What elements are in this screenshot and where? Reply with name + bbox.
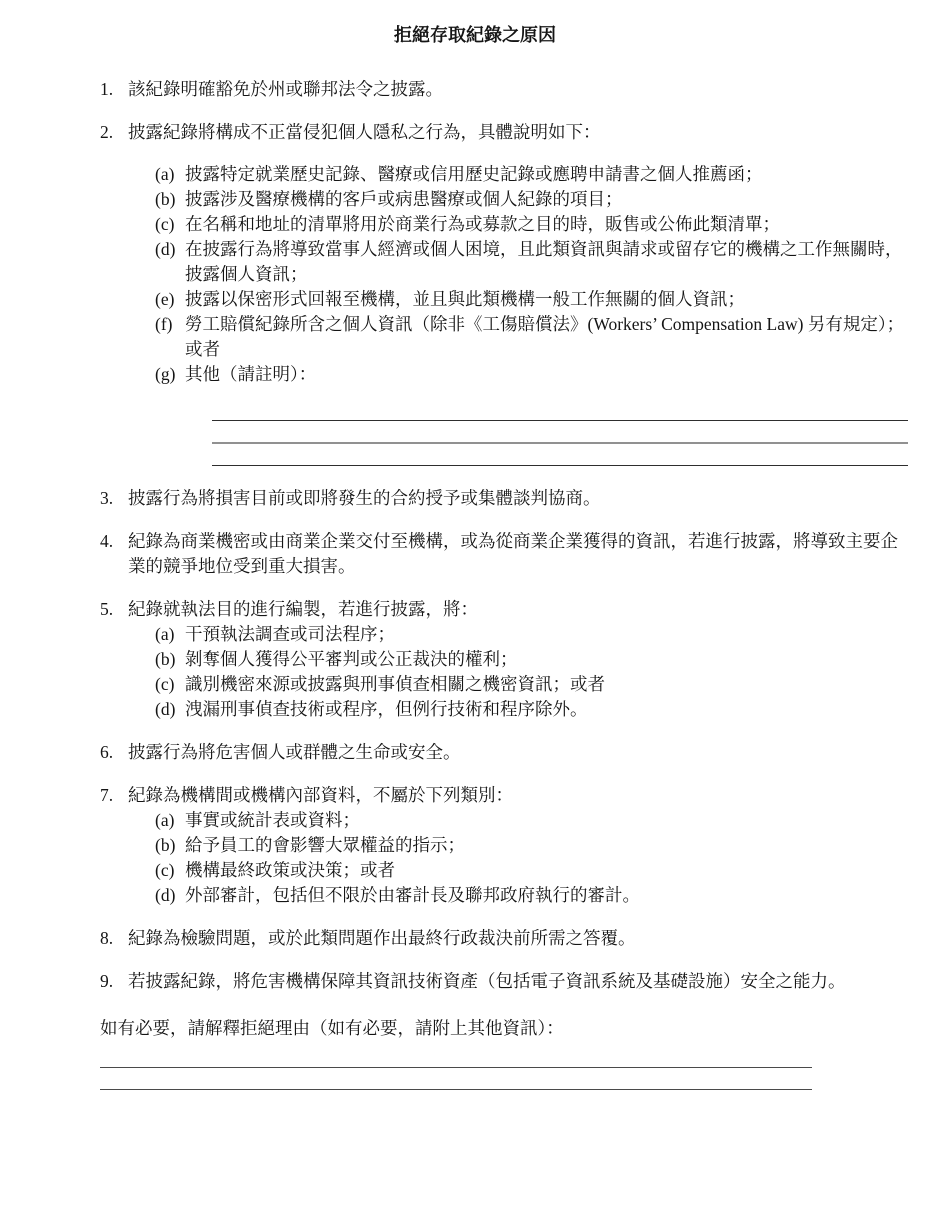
item-text: 紀錄為檢驗問題，或於此類問題作出最終行政裁決前所需之答覆。 <box>128 926 914 951</box>
item-text: 披露行為將危害個人或群體之生命或安全。 <box>128 740 914 765</box>
sub-item-label: (c) <box>155 672 185 697</box>
item-body: 紀錄為商業機密或由商業企業交付至機構，或為從商業企業獲得的資訊，若進行披露，將導… <box>128 529 914 579</box>
fill-in-line <box>100 1041 812 1068</box>
list-item: 3.披露行為將損害目前或即將發生的合約授予或集體談判協商。 <box>100 486 914 511</box>
sub-item-text: 在披露行為將導致當事人經濟或個人困境，且此類資訊與請求或留存它的機構之工作無關時… <box>185 237 914 287</box>
footer-note: 如有必要，請解釋拒絕理由（如有必要，請附上其他資訊）： <box>100 1016 914 1041</box>
item-number: 9. <box>100 969 128 994</box>
sub-item: (c)識別機密來源或披露與刑事偵查相關之機密資訊；或者 <box>155 672 914 697</box>
sub-item-label: (f) <box>155 312 185 362</box>
footer-section: 如有必要，請解釋拒絕理由（如有必要，請附上其他資訊）： <box>100 1016 914 1090</box>
sub-item-label: (e) <box>155 287 185 312</box>
item-body: 該紀錄明確豁免於州或聯邦法令之披露。 <box>128 77 914 102</box>
sub-item-text: 剝奪個人獲得公平審判或公正裁決的權利； <box>185 647 914 672</box>
sub-item: (a)披露特定就業歷史記錄、醫療或信用歷史記錄或應聘申請書之個人推薦函； <box>155 162 914 187</box>
sub-item-label: (d) <box>155 697 185 722</box>
sub-item: (a)干預執法調查或司法程序； <box>155 622 914 647</box>
sub-item: (c)機構最終政策或決策；或者 <box>155 858 914 883</box>
item-number: 8. <box>100 926 128 951</box>
sub-item-label: (c) <box>155 212 185 237</box>
sub-item: (d)在披露行為將導致當事人經濟或個人困境，且此類資訊與請求或留存它的機構之工作… <box>155 237 914 287</box>
item-text: 若披露紀錄，將危害機構保障其資訊技術資產（包括電子資訊系統及基礎設施）安全之能力… <box>128 969 914 994</box>
item-number: 6. <box>100 740 128 765</box>
item-text: 紀錄為商業機密或由商業企業交付至機構，或為從商業企業獲得的資訊，若進行披露，將導… <box>128 529 914 579</box>
item-text: 紀錄為機構間或機構內部資料，不屬於下列類別： <box>128 783 914 808</box>
sub-item-label: (c) <box>155 858 185 883</box>
list-item: 8.紀錄為檢驗問題，或於此類問題作出最終行政裁決前所需之答覆。 <box>100 926 914 951</box>
item-text: 紀錄就執法目的進行編製，若進行披露，將： <box>128 597 914 622</box>
item-body: 紀錄為檢驗問題，或於此類問題作出最終行政裁決前所需之答覆。 <box>128 926 914 951</box>
sub-item: (f)勞工賠償紀錄所含之個人資訊（除非《工傷賠償法》(Workers’ Comp… <box>155 312 914 362</box>
sub-item-text: 給予員工的會影響大眾權益的指示； <box>185 833 914 858</box>
item-body: 若披露紀錄，將危害機構保障其資訊技術資產（包括電子資訊系統及基礎設施）安全之能力… <box>128 969 914 994</box>
sub-item-text: 其他（請註明）： <box>185 362 914 387</box>
sub-item-label: (g) <box>155 362 185 387</box>
sub-item-label: (a) <box>155 622 185 647</box>
fill-in-line <box>212 444 908 466</box>
sub-item-text: 事實或統計表或資料； <box>185 808 914 833</box>
item-number: 3. <box>100 486 128 511</box>
list-item: 7.紀錄為機構間或機構內部資料，不屬於下列類別：(a)事實或統計表或資料；(b)… <box>100 783 914 908</box>
item-body: 披露行為將損害目前或即將發生的合約授予或集體談判協商。 <box>128 486 914 511</box>
document-page: 拒絕存取紀錄之原因 1.該紀錄明確豁免於州或聯邦法令之披露。2.披露紀錄將構成不… <box>0 0 950 1230</box>
item-number: 5. <box>100 597 128 722</box>
fill-in-line <box>212 399 908 421</box>
sub-item-label: (d) <box>155 237 185 287</box>
page-title: 拒絕存取紀錄之原因 <box>0 0 950 47</box>
item-number: 2. <box>100 120 128 468</box>
sub-item: (b)披露涉及醫療機構的客戶或病患醫療或個人紀錄的項目； <box>155 187 914 212</box>
numbered-list: 1.該紀錄明確豁免於州或聯邦法令之披露。2.披露紀錄將構成不正當侵犯個人隱私之行… <box>100 77 914 994</box>
list-item: 1.該紀錄明確豁免於州或聯邦法令之披露。 <box>100 77 914 102</box>
sub-item: (d)洩漏刑事偵查技術或程序，但例行技術和程序除外。 <box>155 697 914 722</box>
item-number: 1. <box>100 77 128 102</box>
sub-item-label: (a) <box>155 808 185 833</box>
item-body: 披露行為將危害個人或群體之生命或安全。 <box>128 740 914 765</box>
fill-in-lines <box>212 399 908 466</box>
sub-item-text: 披露以保密形式回報至機構，並且與此類機構一般工作無關的個人資訊； <box>185 287 914 312</box>
sub-item-text: 洩漏刑事偵查技術或程序，但例行技術和程序除外。 <box>185 697 914 722</box>
sub-item: (d)外部審計，包括但不限於由審計長及聯邦政府執行的審計。 <box>155 883 914 908</box>
sub-item: (b)給予員工的會影響大眾權益的指示； <box>155 833 914 858</box>
list-item: 6.披露行為將危害個人或群體之生命或安全。 <box>100 740 914 765</box>
sub-item-label: (b) <box>155 833 185 858</box>
sub-item: (a)事實或統計表或資料； <box>155 808 914 833</box>
fill-in-line <box>100 1068 812 1090</box>
list-item: 9.若披露紀錄，將危害機構保障其資訊技術資產（包括電子資訊系統及基礎設施）安全之… <box>100 969 914 994</box>
sub-item-label: (b) <box>155 187 185 212</box>
sub-item-label: (d) <box>155 883 185 908</box>
item-body: 紀錄就執法目的進行編製，若進行披露，將：(a)干預執法調查或司法程序；(b)剝奪… <box>128 597 914 722</box>
sub-item-text: 勞工賠償紀錄所含之個人資訊（除非《工傷賠償法》(Workers’ Compens… <box>185 312 914 362</box>
sub-item-label: (b) <box>155 647 185 672</box>
item-body: 披露紀錄將構成不正當侵犯個人隱私之行為，具體說明如下：(a)披露特定就業歷史記錄… <box>128 120 914 468</box>
item-text: 披露紀錄將構成不正當侵犯個人隱私之行為，具體說明如下： <box>128 120 914 145</box>
sub-item-text: 干預執法調查或司法程序； <box>185 622 914 647</box>
sub-list: (a)事實或統計表或資料；(b)給予員工的會影響大眾權益的指示；(c)機構最終政… <box>128 808 914 908</box>
item-number: 4. <box>100 529 128 579</box>
document-body: 1.該紀錄明確豁免於州或聯邦法令之披露。2.披露紀錄將構成不正當侵犯個人隱私之行… <box>0 47 950 1090</box>
sub-item: (c)在名稱和地址的清單將用於商業行為或募款之目的時，販售或公佈此類清單； <box>155 212 914 237</box>
sub-item-text: 機構最終政策或決策；或者 <box>185 858 914 883</box>
sub-item-text: 外部審計，包括但不限於由審計長及聯邦政府執行的審計。 <box>185 883 914 908</box>
list-item: 4.紀錄為商業機密或由商業企業交付至機構，或為從商業企業獲得的資訊，若進行披露，… <box>100 529 914 579</box>
list-item: 2.披露紀錄將構成不正當侵犯個人隱私之行為，具體說明如下：(a)披露特定就業歷史… <box>100 120 914 468</box>
list-item: 5.紀錄就執法目的進行編製，若進行披露，將：(a)干預執法調查或司法程序；(b)… <box>100 597 914 722</box>
sub-item-label: (a) <box>155 162 185 187</box>
sub-list: (a)披露特定就業歷史記錄、醫療或信用歷史記錄或應聘申請書之個人推薦函；(b)披… <box>128 162 914 387</box>
fill-in-line <box>212 421 908 444</box>
item-body: 紀錄為機構間或機構內部資料，不屬於下列類別：(a)事實或統計表或資料；(b)給予… <box>128 783 914 908</box>
item-text: 該紀錄明確豁免於州或聯邦法令之披露。 <box>128 77 914 102</box>
item-text: 披露行為將損害目前或即將發生的合約授予或集體談判協商。 <box>128 486 914 511</box>
sub-item: (b)剝奪個人獲得公平審判或公正裁決的權利； <box>155 647 914 672</box>
sub-item: (e)披露以保密形式回報至機構，並且與此類機構一般工作無關的個人資訊； <box>155 287 914 312</box>
item-number: 7. <box>100 783 128 908</box>
sub-item-text: 披露涉及醫療機構的客戶或病患醫療或個人紀錄的項目； <box>185 187 914 212</box>
sub-item: (g)其他（請註明）： <box>155 362 914 387</box>
sub-item-text: 在名稱和地址的清單將用於商業行為或募款之目的時，販售或公佈此類清單； <box>185 212 914 237</box>
footer-fill-in-lines <box>100 1041 812 1090</box>
sub-item-text: 披露特定就業歷史記錄、醫療或信用歷史記錄或應聘申請書之個人推薦函； <box>185 162 914 187</box>
sub-list: (a)干預執法調查或司法程序；(b)剝奪個人獲得公平審判或公正裁決的權利；(c)… <box>128 622 914 722</box>
sub-item-text: 識別機密來源或披露與刑事偵查相關之機密資訊；或者 <box>185 672 914 697</box>
